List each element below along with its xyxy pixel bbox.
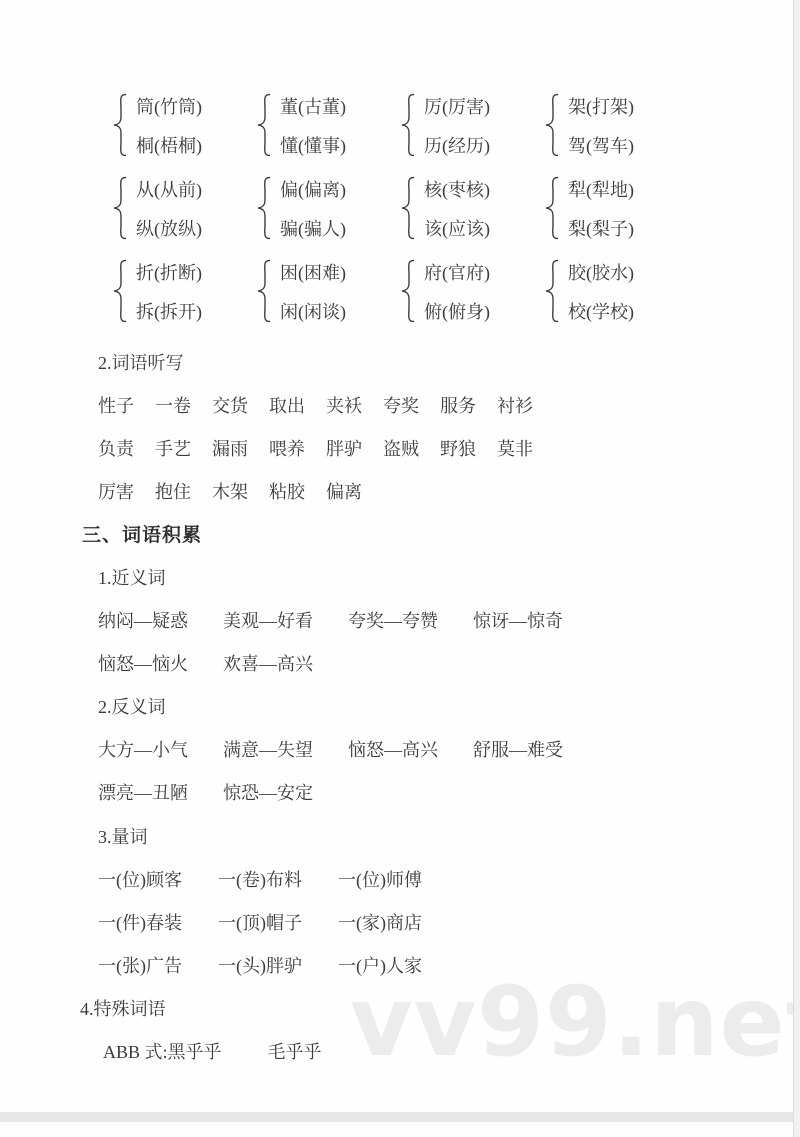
viewer-background-right <box>793 0 800 1137</box>
word-pair-top: 核(枣核) <box>424 180 490 200</box>
subsection-heading: 1.近义词 <box>98 564 166 590</box>
word-pair-top: 架(打架) <box>568 97 634 117</box>
word-pair-bottom: 该(应该) <box>424 219 490 239</box>
line: 性子一卷交货取出夹袄夸奖服务衬衫 <box>0 383 786 426</box>
viewport: vv99.net 筒(竹筒)桐(梧桐)董(古董)懂(懂事)厉(厉害)历(经历)架… <box>0 0 800 1137</box>
word: 大方—小气 <box>98 736 188 762</box>
word: 偏离 <box>326 478 362 504</box>
line: 一(件)春装一(顶)帽子一(家)商店 <box>0 900 786 943</box>
word-pair-bottom: 纵(放纵) <box>136 219 202 239</box>
subsection-word-row: 恼怒—恼火欢喜—高兴 <box>98 650 313 676</box>
word: 夸奖—夸赞 <box>348 607 438 633</box>
word-pair-top: 折(折断) <box>136 263 202 283</box>
brace-group: 从(从前)纵(放纵) <box>113 176 257 239</box>
word: 一(位)师傅 <box>338 866 422 892</box>
word: 夸奖 <box>383 392 419 418</box>
page-gap <box>0 1112 793 1122</box>
line: 一(张)广告一(头)胖驴一(户)人家 <box>0 943 786 986</box>
left-brace-icon <box>255 93 272 157</box>
word: 漂亮—丑陋 <box>98 779 188 805</box>
word: 一(家)商店 <box>338 909 422 935</box>
document-page: vv99.net 筒(竹筒)桐(梧桐)董(古董)懂(懂事)厉(厉害)历(经历)架… <box>0 0 793 1112</box>
word: 交货 <box>212 392 248 418</box>
word: 一(张)广告 <box>98 952 182 978</box>
word: 惊恐—安定 <box>223 779 313 805</box>
subsection-heading: 4.特殊词语 <box>80 995 166 1021</box>
line: 2.反义词 <box>0 685 786 728</box>
word-pair-bottom: 校(学校) <box>568 302 634 322</box>
brace-group: 筒(竹筒)桐(梧桐) <box>113 93 257 156</box>
subsection-heading: 2.反义词 <box>98 693 166 719</box>
word-pair-top: 从(从前) <box>136 180 202 200</box>
word-pair-top: 困(困难) <box>280 263 346 283</box>
word-pair-bottom: 闲(闲谈) <box>280 302 346 322</box>
word: 一(顶)帽子 <box>218 909 302 935</box>
line: 纳闷—疑惑美观—好看夸奖—夸赞惊讶—惊奇 <box>0 599 786 642</box>
line: 负责手艺漏雨喂养胖驴盗贼野狼莫非 <box>0 426 786 469</box>
word-pair-top: 厉(厉害) <box>424 97 490 117</box>
word: 惊讶—惊奇 <box>473 607 563 633</box>
word-pair-bottom: 懂(懂事) <box>280 136 346 156</box>
word: 抱住 <box>155 478 191 504</box>
word: 衬衫 <box>497 392 533 418</box>
word: 盗贼 <box>383 435 419 461</box>
word: 厉害 <box>98 478 134 504</box>
word-pair-top: 府(官府) <box>424 263 490 283</box>
word-pair-bottom: 历(经历) <box>424 136 490 156</box>
word-pair-top: 董(古董) <box>280 97 346 117</box>
line: 1.近义词 <box>0 555 786 598</box>
subsection-word-row: 一(位)顾客一(卷)布料一(位)师傅 <box>98 866 422 892</box>
line: 大方—小气满意—失望恼怒—高兴舒服—难受 <box>0 728 786 771</box>
brace-group: 胶(胶水)校(学校) <box>545 259 689 322</box>
word: 一卷 <box>155 392 191 418</box>
word-pair-bottom: 俯(俯身) <box>424 302 490 322</box>
brace-group: 董(古董)懂(懂事) <box>257 93 401 156</box>
word: 莫非 <box>497 435 533 461</box>
subsection-word-row: 大方—小气满意—失望恼怒—高兴舒服—难受 <box>98 736 563 762</box>
brace-group: 困(困难)闲(闲谈) <box>257 259 401 322</box>
word: 夹袄 <box>326 392 362 418</box>
left-brace-icon <box>399 259 416 323</box>
subsection-word-row: ABB 式:黑乎乎毛乎乎 <box>103 1038 322 1064</box>
word: 一(件)春装 <box>98 909 182 935</box>
left-brace-icon <box>111 176 128 240</box>
line: 3.量词 <box>0 814 786 857</box>
subsection-heading: 3.量词 <box>98 823 148 849</box>
line: 一(位)顾客一(卷)布料一(位)师傅 <box>0 857 786 900</box>
word-pair-top: 犁(犁地) <box>568 180 634 200</box>
line: 三、词语积累 <box>0 512 786 555</box>
word: 喂养 <box>269 435 305 461</box>
word-pair-top: 偏(偏离) <box>280 180 346 200</box>
brace-group: 犁(犁地)梨(梨子) <box>545 176 689 239</box>
line: 恼怒—恼火欢喜—高兴 <box>0 642 786 685</box>
word: 纳闷—疑惑 <box>98 607 188 633</box>
left-brace-icon <box>255 176 272 240</box>
word: 粘胶 <box>269 478 305 504</box>
left-brace-icon <box>399 93 416 157</box>
line: ABB 式:黑乎乎毛乎乎 <box>0 1030 786 1073</box>
brace-group: 核(枣核)该(应该) <box>401 176 545 239</box>
word: ABB 式:黑乎乎 <box>103 1038 222 1064</box>
left-brace-icon <box>399 176 416 240</box>
word-pair-bottom: 桐(梧桐) <box>136 136 202 156</box>
word-pair-bottom: 骗(骗人) <box>280 219 346 239</box>
subsection-word-row: 漂亮—丑陋惊恐—安定 <box>98 779 313 805</box>
word: 木架 <box>212 478 248 504</box>
word: 满意—失望 <box>223 736 313 762</box>
word: 舒服—难受 <box>473 736 563 762</box>
left-brace-icon <box>255 259 272 323</box>
word: 一(头)胖驴 <box>218 952 302 978</box>
dictation-word-row: 性子一卷交货取出夹袄夸奖服务衬衫 <box>98 392 533 418</box>
left-brace-icon <box>543 93 560 157</box>
subsection-word-row: 纳闷—疑惑美观—好看夸奖—夸赞惊讶—惊奇 <box>98 607 563 633</box>
brace-group: 架(打架)驾(驾车) <box>545 93 689 156</box>
line: 漂亮—丑陋惊恐—安定 <box>0 771 786 814</box>
left-brace-icon <box>111 93 128 157</box>
brace-section: 筒(竹筒)桐(梧桐)董(古董)懂(懂事)厉(厉害)历(经历)架(打架)驾(驾车)… <box>113 93 689 322</box>
word: 负责 <box>98 435 134 461</box>
dictation-word-row: 负责手艺漏雨喂养胖驴盗贼野狼莫非 <box>98 435 533 461</box>
word: 一(卷)布料 <box>218 866 302 892</box>
word-pair-top: 筒(竹筒) <box>136 97 202 117</box>
brace-group: 折(折断)拆(拆开) <box>113 259 257 322</box>
brace-group: 偏(偏离)骗(骗人) <box>257 176 401 239</box>
dictation-word-row: 厉害抱住木架粘胶偏离 <box>98 478 362 504</box>
word: 毛乎乎 <box>268 1038 322 1064</box>
word: 美观—好看 <box>223 607 313 633</box>
word: 漏雨 <box>212 435 248 461</box>
left-brace-icon <box>543 259 560 323</box>
word: 野狼 <box>440 435 476 461</box>
line: 4.特殊词语 <box>0 986 786 1029</box>
brace-group: 府(官府)俯(俯身) <box>401 259 545 322</box>
word-pair-top: 胶(胶水) <box>568 263 634 283</box>
subsection-word-row: 一(张)广告一(头)胖驴一(户)人家 <box>98 952 422 978</box>
line: 厉害抱住木架粘胶偏离 <box>0 469 786 512</box>
subsection-word-row: 一(件)春装一(顶)帽子一(家)商店 <box>98 909 422 935</box>
word: 一(户)人家 <box>338 952 422 978</box>
brace-group: 厉(厉害)历(经历) <box>401 93 545 156</box>
word: 取出 <box>269 392 305 418</box>
text-flow: 2.词语听写性子一卷交货取出夹袄夸奖服务衬衫负责手艺漏雨喂养胖驴盗贼野狼莫非厉害… <box>0 340 786 1073</box>
word: 欢喜—高兴 <box>223 650 313 676</box>
word: 恼怒—恼火 <box>98 650 188 676</box>
dictation-heading: 2.词语听写 <box>98 349 184 375</box>
left-brace-icon <box>111 259 128 323</box>
word: 性子 <box>98 392 134 418</box>
word: 服务 <box>440 392 476 418</box>
word: 恼怒—高兴 <box>348 736 438 762</box>
next-page-top <box>0 1122 793 1137</box>
word-pair-bottom: 驾(驾车) <box>568 136 634 156</box>
accumulation-heading: 三、词语积累 <box>82 520 202 547</box>
word: 一(位)顾客 <box>98 866 182 892</box>
left-brace-icon <box>543 176 560 240</box>
word: 胖驴 <box>326 435 362 461</box>
word-pair-bottom: 梨(梨子) <box>568 219 634 239</box>
word-pair-bottom: 拆(拆开) <box>136 302 202 322</box>
word: 手艺 <box>155 435 191 461</box>
line: 2.词语听写 <box>0 340 786 383</box>
